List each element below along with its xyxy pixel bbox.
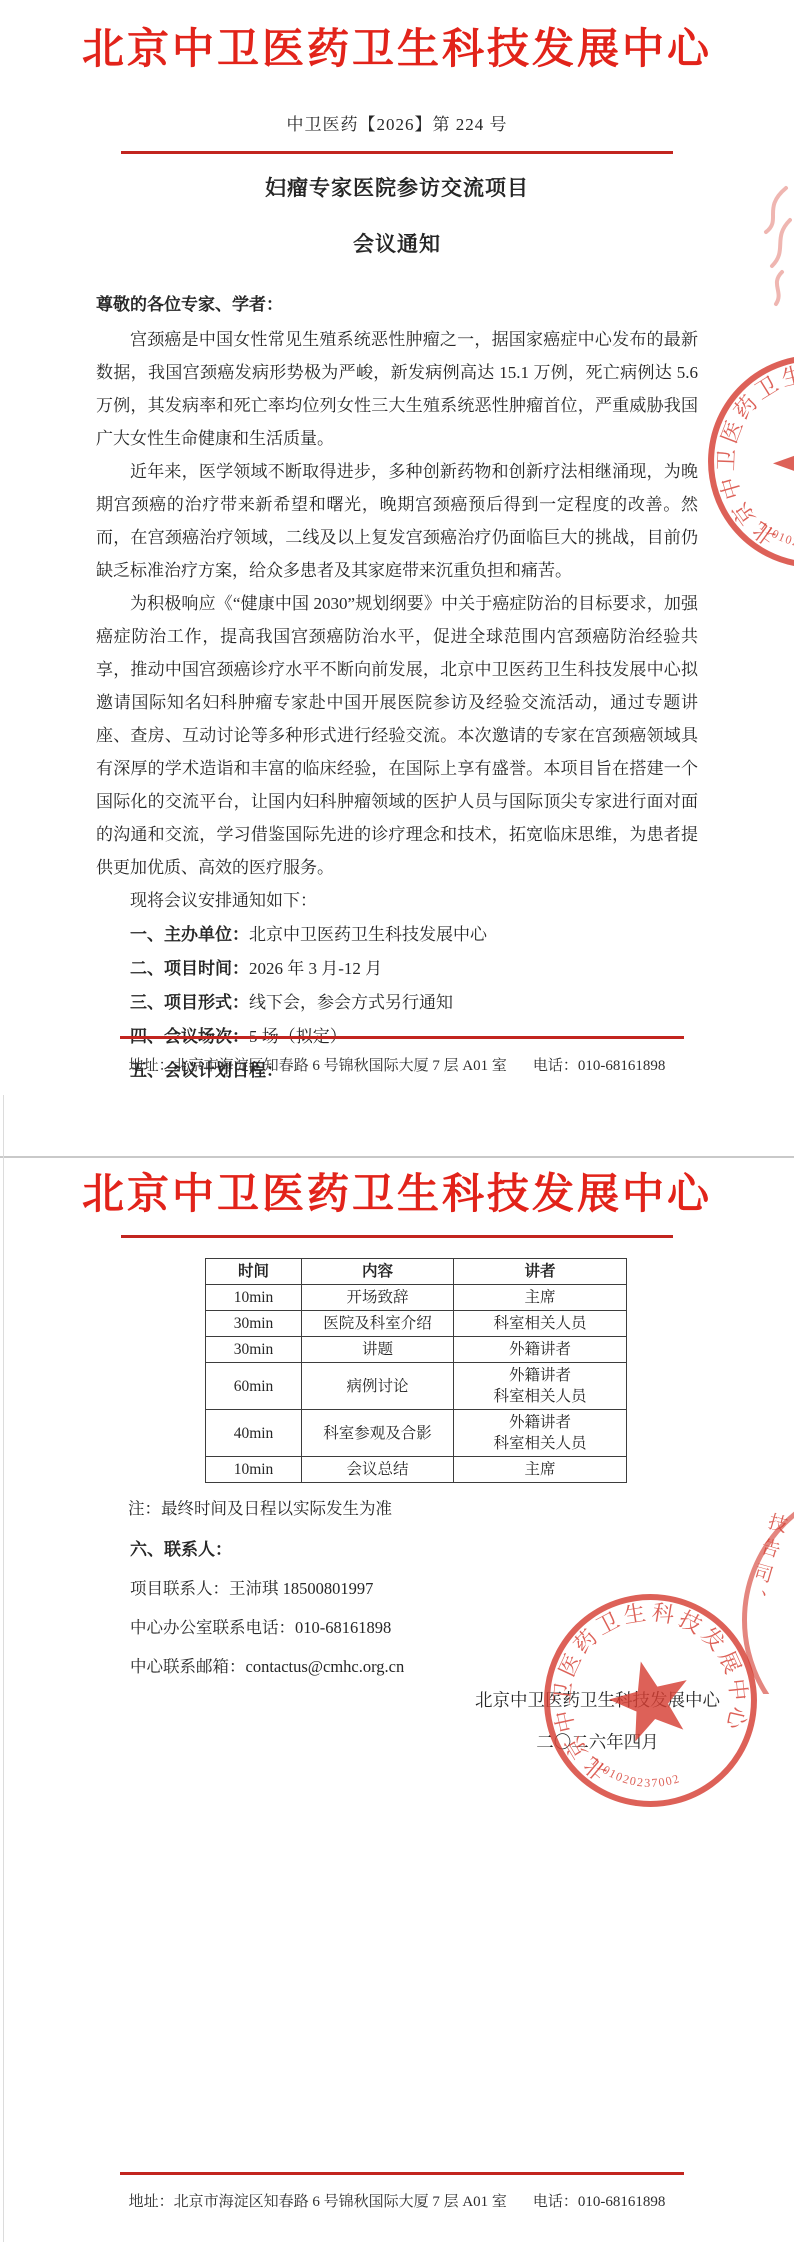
schedule-row: 30min医院及科室介绍科室相关人员 xyxy=(206,1311,627,1337)
schedule-cell: 60min xyxy=(206,1363,302,1410)
paragraph: 宫颈癌是中国女性常见生殖系统恶性肿瘤之一，据国家癌症中心发布的最新数据，我国宫颈… xyxy=(96,323,698,455)
schedule-cell: 主席 xyxy=(454,1285,627,1311)
schedule-table: 时间内容讲者 10min开场致辞主席30min医院及科室介绍科室相关人员30mi… xyxy=(205,1258,627,1483)
svg-text:1101020237002: 1101020237002 xyxy=(587,1736,683,1805)
schedule-header-cell: 时间 xyxy=(206,1259,302,1285)
arrangement-item: 二、项目时间：2026 年 3 月-12 月 xyxy=(96,952,698,986)
footer-phone: 电话：010-68161898 xyxy=(533,1058,666,1074)
footer-red-line xyxy=(120,2172,684,2175)
notice-title: 会议通知 xyxy=(0,228,794,258)
page-2: 北京中卫医药卫生科技发展中心 时间内容讲者 10min开场致辞主席30min医院… xyxy=(0,1159,794,2242)
schedule-header-cell: 讲者 xyxy=(454,1259,627,1285)
arrangement-intro: 现将会议安排通知如下： xyxy=(96,884,698,918)
table-note: 注：最终时间及日程以实际发生为准 xyxy=(128,1495,794,1519)
schedule-header-cell: 内容 xyxy=(302,1259,454,1285)
seal-code: 1101020237002 xyxy=(587,1736,683,1805)
schedule-row: 10min开场致辞主席 xyxy=(206,1285,627,1311)
body-paragraphs: 宫颈癌是中国女性常见生殖系统恶性肿瘤之一，据国家癌症中心发布的最新数据，我国宫颈… xyxy=(96,323,698,884)
partial-seal-page1: 北京中卫医药卫生科技发展中心 1101020237002 xyxy=(708,355,794,570)
doc-number: 中卫医药【2026】第 224 号 xyxy=(0,110,794,135)
paragraph: 近年来，医学领域不断取得进步，多种创新药物和创新疗法相继涌现，为晚期宫颈癌的治疗… xyxy=(96,455,698,587)
body-content: 尊敬的各位专家、学者： 宫颈癌是中国女性常见生殖系统恶性肿瘤之一，据国家癌症中心… xyxy=(0,290,794,1088)
schedule-cell: 30min xyxy=(206,1337,302,1363)
schedule-cell: 10min xyxy=(206,1285,302,1311)
stamp-fragment-marks-icon xyxy=(732,180,792,310)
page1-footer: 地址：北京市海淀区知春路 6 号锦秋国际大厦 7 层 A01 室电话：010-6… xyxy=(0,1036,794,1075)
schedule-cell: 10min xyxy=(206,1457,302,1483)
schedule-row: 30min讲题外籍讲者 xyxy=(206,1337,627,1363)
page-break-line xyxy=(0,1156,794,1158)
page2-footer: 地址：北京市海淀区知春路 6 号锦秋国际大厦 7 层 A01 室电话：010-6… xyxy=(0,2172,794,2211)
schedule-cell: 40min xyxy=(206,1410,302,1457)
org-title-page2: 北京中卫医药卫生科技发展中心 xyxy=(0,1159,794,1219)
red-divider xyxy=(121,151,673,154)
schedule-cell: 外籍讲者科室相关人员 xyxy=(454,1363,627,1410)
schedule-cell: 外籍讲者科室相关人员 xyxy=(454,1410,627,1457)
arrangement-item: 一、主办单位：北京中卫医药卫生科技发展中心 xyxy=(96,918,698,952)
seal-star-icon xyxy=(764,411,794,508)
schedule-cell: 会议总结 xyxy=(302,1457,454,1483)
contact-heading: 六、联系人： xyxy=(130,1535,794,1560)
arrangement-item: 三、项目形式：线下会，参会方式另行通知 xyxy=(96,986,698,1020)
salutation: 尊敬的各位专家、学者： xyxy=(96,290,698,315)
seal-text: 北京中卫医药卫生科技发展中心 xyxy=(708,355,794,558)
footer-text: 地址：北京市海淀区知春路 6 号锦秋国际大厦 7 层 A01 室电话：010-6… xyxy=(0,1054,794,1075)
round-seal-icon: 北京中卫医药卫生科技发展中心 1101020237002 xyxy=(708,355,794,570)
paragraph: 为积极响应《“健康中国 2030”规划纲要》中关于癌症防治的目标要求，加强癌症防… xyxy=(96,587,698,884)
schedule-cell: 讲题 xyxy=(302,1337,454,1363)
schedule-header-row: 时间内容讲者 xyxy=(206,1259,627,1285)
svg-text:北京中卫医药卫生科技发展中心: 北京中卫医药卫生科技发展中心 xyxy=(708,355,794,558)
schedule-cell: 医院及科室介绍 xyxy=(302,1311,454,1337)
schedule-row: 60min病例讨论外籍讲者科室相关人员 xyxy=(206,1363,627,1410)
schedule-cell: 30min xyxy=(206,1311,302,1337)
project-title: 妇瘤专家医院参访交流项目 xyxy=(0,172,794,202)
schedule-cell: 开场致辞 xyxy=(302,1285,454,1311)
schedule-cell: 主席 xyxy=(454,1457,627,1483)
schedule-cell: 科室相关人员 xyxy=(454,1311,627,1337)
footer-address: 地址：北京市海淀区知春路 6 号锦秋国际大厦 7 层 A01 室 xyxy=(129,1058,507,1074)
schedule-row: 10min会议总结主席 xyxy=(206,1457,627,1483)
schedule-body: 10min开场致辞主席30min医院及科室介绍科室相关人员30min讲题外籍讲者… xyxy=(206,1285,627,1483)
schedule-cell: 科室参观及合影 xyxy=(302,1410,454,1457)
org-title: 北京中卫医药卫生科技发展中心 xyxy=(0,0,794,74)
schedule-row: 40min科室参观及合影外籍讲者科室相关人员 xyxy=(206,1410,627,1457)
page-1: 北京中卫医药卫生科技发展中心 中卫医药【2026】第 224 号 妇瘤专家医院参… xyxy=(0,0,794,1157)
footer-text: 地址：北京市海淀区知春路 6 号锦秋国际大厦 7 层 A01 室电话：010-6… xyxy=(0,2190,794,2211)
seal-star-icon xyxy=(602,1652,698,1745)
footer-red-line xyxy=(120,1036,684,1039)
scanned-document: 北京中卫医药卫生科技发展中心 中卫医药【2026】第 224 号 妇瘤专家医院参… xyxy=(0,0,794,2242)
footer-phone: 电话：010-68161898 xyxy=(533,2194,666,2210)
schedule-cell: 病例讨论 xyxy=(302,1363,454,1410)
red-divider-page2 xyxy=(121,1235,673,1238)
schedule-cell: 外籍讲者 xyxy=(454,1337,627,1363)
footer-address: 地址：北京市海淀区知春路 6 号锦秋国际大厦 7 层 A01 室 xyxy=(129,2194,507,2210)
